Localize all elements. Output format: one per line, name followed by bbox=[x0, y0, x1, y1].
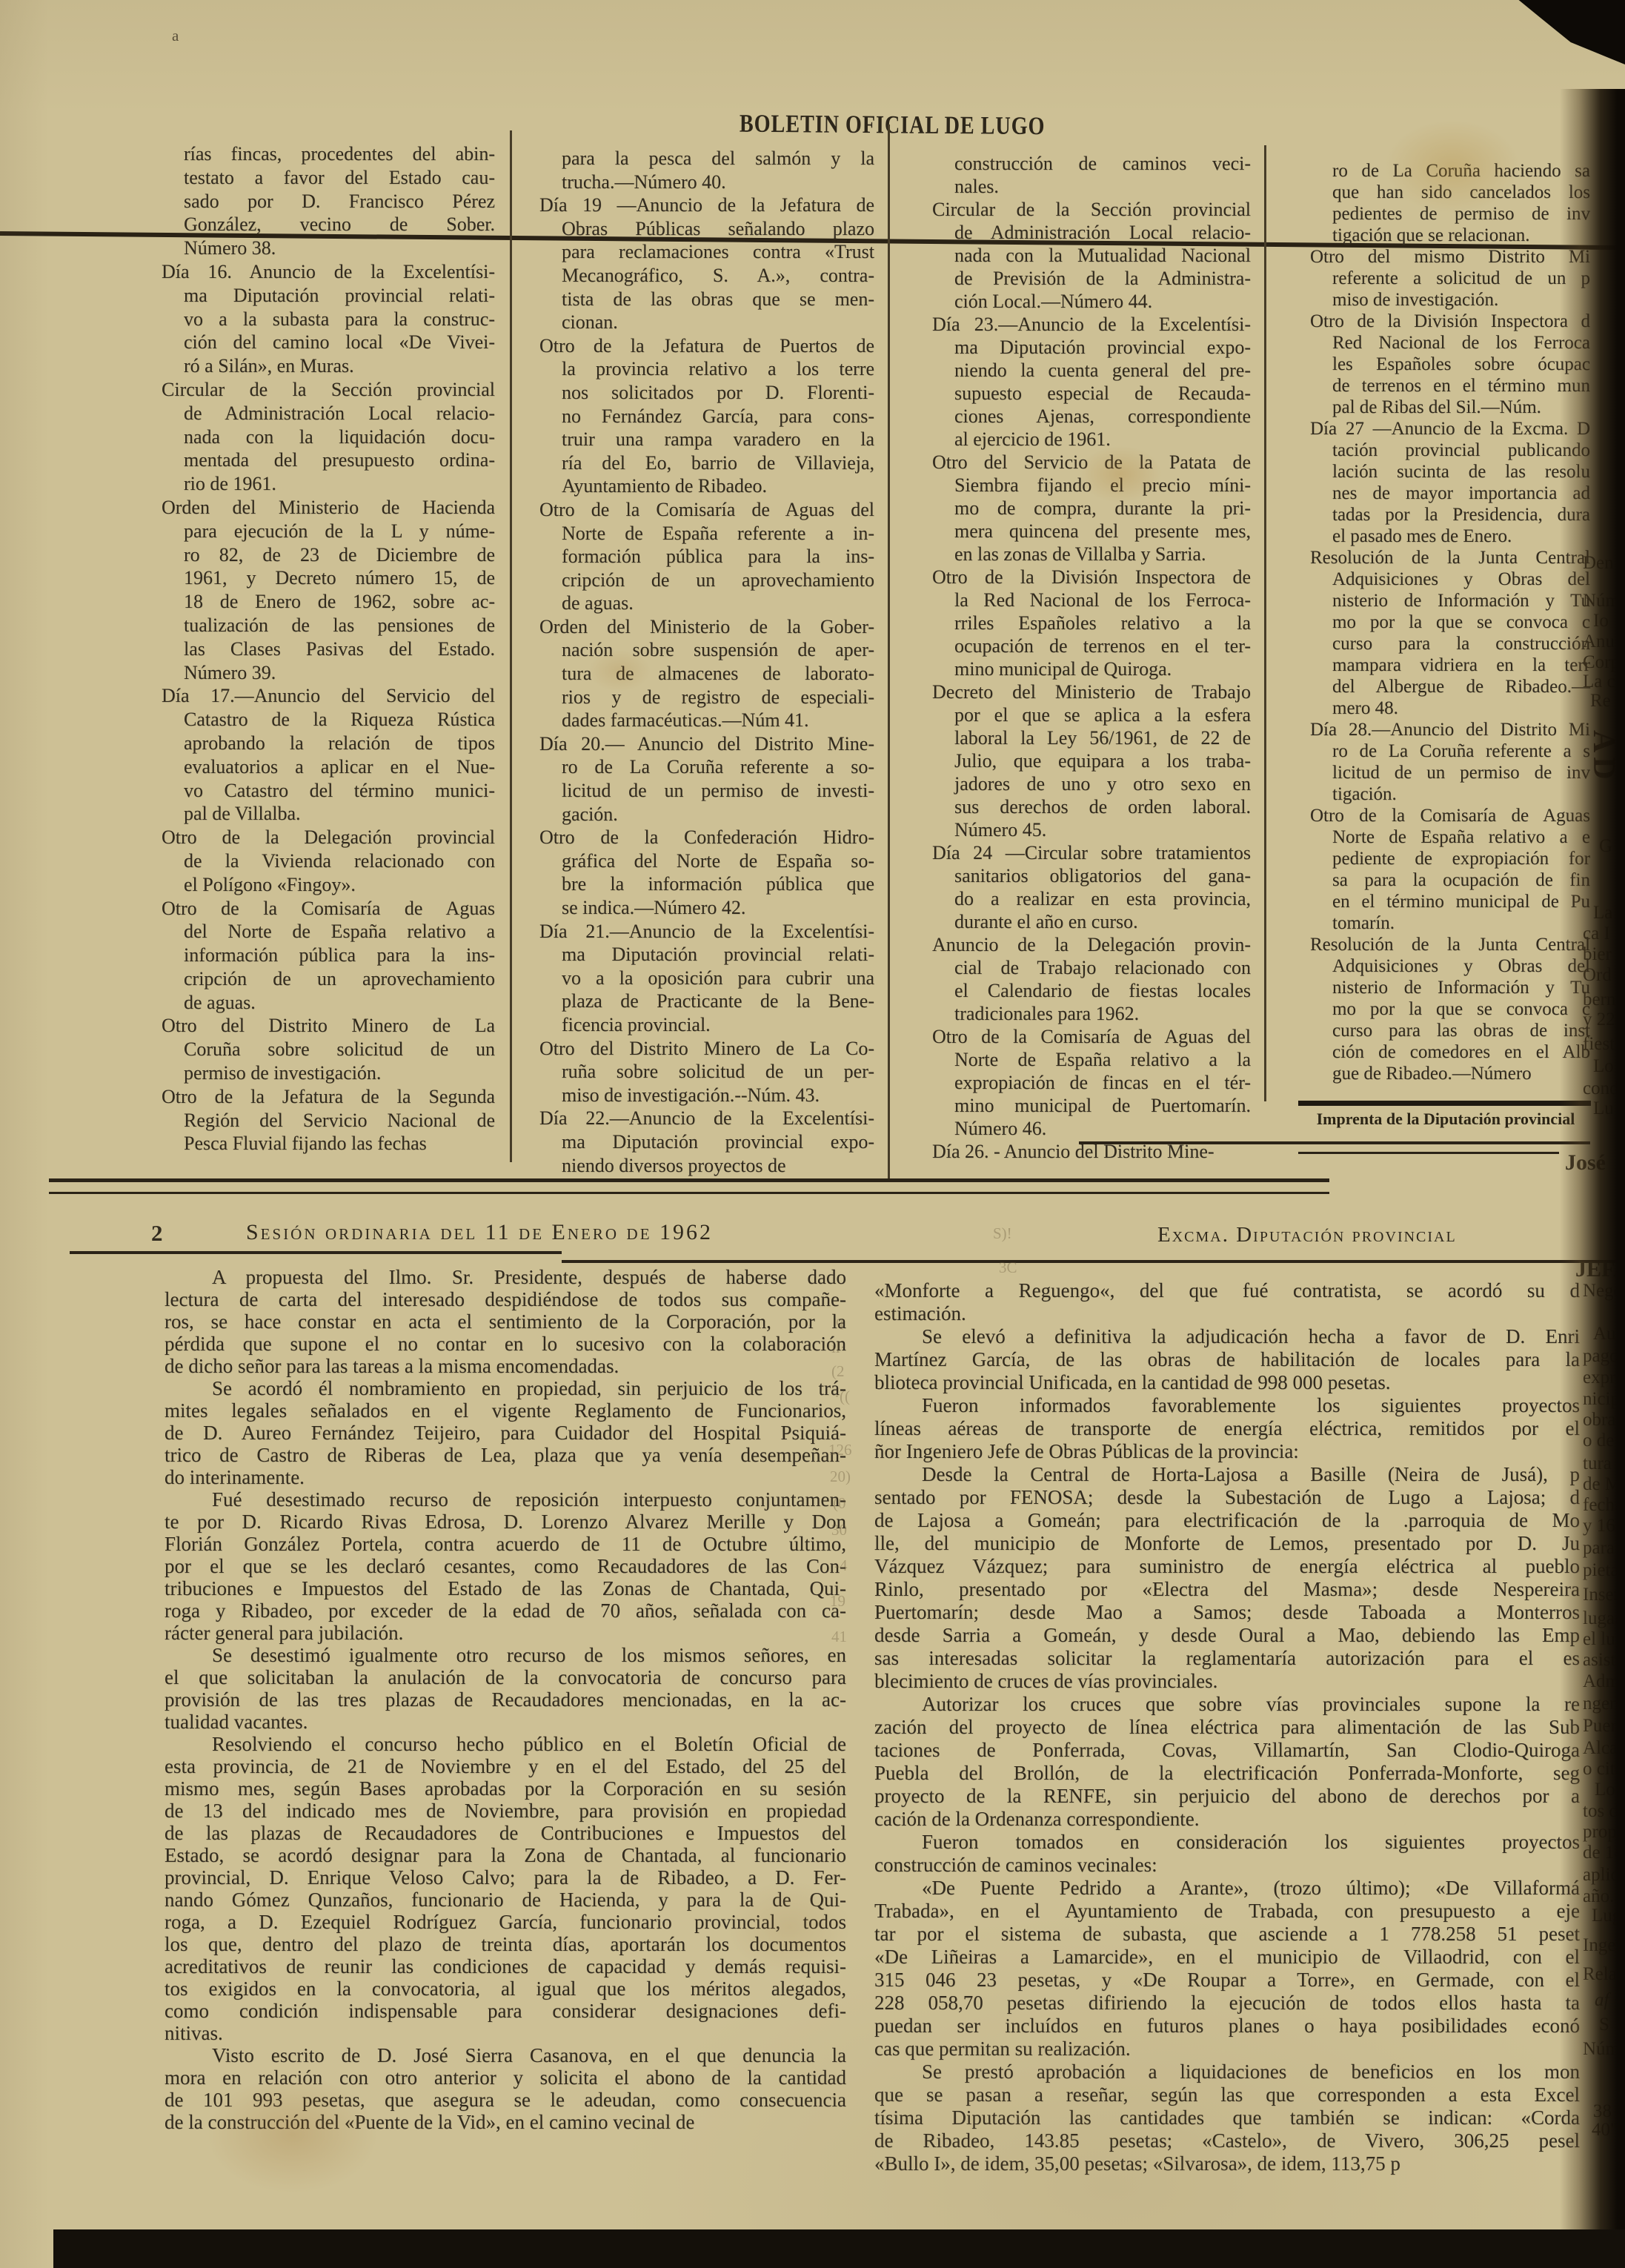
text-line: la provincia relativo a los terre bbox=[539, 357, 874, 381]
text-line: estimación. bbox=[874, 1302, 1580, 1325]
text-line: ma Diputación provincial expo- bbox=[932, 336, 1251, 359]
text-line: ma Diputación provincial relati- bbox=[539, 943, 874, 966]
text-entry: rías fincas, procedentes del abin-testat… bbox=[162, 142, 495, 260]
column-divider-1 bbox=[510, 130, 512, 1162]
text-line: pal de Villalba. bbox=[162, 802, 495, 826]
text-line: roga y Ribadeo, por exceder de la edad d… bbox=[165, 1599, 846, 1622]
text-entry: Anuncio de la Delegación provin-cial de … bbox=[932, 933, 1251, 1025]
text-line: Julio, que equipara a los traba- bbox=[932, 749, 1251, 772]
text-line: de Administración Local relacio- bbox=[932, 221, 1251, 244]
printer-imprint: Imprenta de la Diputación provincial bbox=[1300, 1110, 1591, 1129]
text-line: tigación. bbox=[1310, 783, 1590, 805]
text-line: Día 27 —Anuncio de la Excma. D bbox=[1310, 418, 1590, 440]
text-line: Se elevó a definitiva la adjudicación he… bbox=[874, 1325, 1580, 1348]
text-entry: «Monforte a Reguengo«, del que fué contr… bbox=[874, 1279, 1580, 1325]
text-line: Día 28.—Anuncio del Distrito Mi bbox=[1310, 719, 1590, 740]
text-line: A propuesta del Ilmo. Sr. Presidente, de… bbox=[165, 1266, 846, 1288]
text-line: mora en relación con otro anterior y sol… bbox=[165, 2066, 846, 2089]
text-line: provincial, D. Enrique Veloso Calvo; par… bbox=[165, 1866, 846, 1889]
text-entry: Día 28.—Anuncio del Distrito Miro de La … bbox=[1310, 719, 1590, 805]
text-entry: Otro de la Comisaría de Aguasdel Norte d… bbox=[162, 897, 495, 1015]
text-line: ro de La Coruña referente a so- bbox=[539, 755, 874, 779]
text-line: rios y de registro de especiali- bbox=[539, 686, 874, 709]
text-line: Resolución de la Junta Central bbox=[1310, 934, 1590, 955]
text-line: Fué desestimado recurso de reposición in… bbox=[165, 1488, 846, 1511]
text-line: de D. Aureo Fernández Teijeiro, para Cui… bbox=[165, 1422, 846, 1444]
text-line: niendo la cuenta general del pre- bbox=[932, 359, 1251, 382]
text-entry: Otro del Distrito Minero de La Co-ruña s… bbox=[539, 1037, 874, 1107]
text-line: gación. bbox=[539, 803, 874, 826]
text-line: ruña sobre solicitud de un per- bbox=[539, 1060, 874, 1084]
minutes-left-column: A propuesta del Ilmo. Sr. Presidente, de… bbox=[165, 1266, 846, 2133]
text-line: blecimiento de cruces de vías provincial… bbox=[874, 1670, 1580, 1693]
text-line: cripción de un aprovechamiento bbox=[162, 967, 495, 991]
text-line: Mecanográfico, S. A.», contra- bbox=[539, 264, 874, 288]
text-line: cación de la Ordenanza correspondiente. bbox=[874, 1808, 1580, 1831]
text-entry: Autorizar los cruces que sobre vías prov… bbox=[874, 1693, 1580, 1831]
text-line: Día 24 —Circular sobre tratamientos bbox=[932, 841, 1251, 864]
section-double-rule-top bbox=[49, 1178, 1329, 1182]
summary-column-2: para la pesca del salmón y latrucha.—Núm… bbox=[539, 147, 874, 1177]
text-line: Otro de la Confederación Hidro- bbox=[539, 826, 874, 849]
text-line: mino municipal de Puertomarín. bbox=[932, 1094, 1251, 1117]
bottom-scan-band bbox=[53, 2229, 1625, 2268]
text-entry: Otro del Distrito Minero de LaCoruña sob… bbox=[162, 1014, 495, 1084]
text-line: desde Sarria a Gomeán, y desde Oural a M… bbox=[874, 1624, 1580, 1647]
session-heading-rule-left bbox=[70, 1251, 562, 1254]
text-entry: Día 27 —Anuncio de la Excma. Dtación pro… bbox=[1310, 418, 1590, 547]
text-line: Autorizar los cruces que sobre vías prov… bbox=[874, 1693, 1580, 1716]
ghost-mark: il· bbox=[831, 1339, 845, 1357]
text-entry: Orden del Ministerio de la Gober-nación … bbox=[539, 615, 874, 732]
text-entry: Otro de la Comisaría de AguasNorte de Es… bbox=[1310, 805, 1590, 934]
text-line: evaluatorios a aplicar en el Nue- bbox=[162, 755, 495, 779]
text-line: en las zonas de Villalba y Sarria. bbox=[932, 543, 1251, 566]
text-line: Desde la Central de Horta-Lajosa a Basil… bbox=[874, 1463, 1580, 1486]
text-line: nos solicitados por D. Florenti- bbox=[539, 381, 874, 405]
text-line: les Españoles sobre ócupac bbox=[1310, 354, 1590, 375]
text-line: de dicho señor para las tareas a la mism… bbox=[165, 1355, 846, 1377]
text-line: 315 046 23 pesetas, y «De Roupar a Torre… bbox=[874, 1969, 1580, 1992]
text-line: ciones Ajenas, correspondiente bbox=[932, 405, 1251, 428]
text-line: de la construcción del «Puente de la Vid… bbox=[165, 2111, 846, 2133]
text-line: miso de investigación.--Núm. 43. bbox=[539, 1084, 874, 1107]
text-line: Rinlo, presentado por «Electra del Masma… bbox=[874, 1578, 1580, 1601]
text-entry: Circular de la Sección provincialde Admi… bbox=[162, 378, 495, 496]
text-line: Día 23.—Anuncio de la Excelentísi- bbox=[932, 313, 1251, 336]
text-line: Siembra fijando el precio míni- bbox=[932, 474, 1251, 497]
text-line: nación sobre suspensión de aper- bbox=[539, 638, 874, 662]
text-entry: Día 20.— Anuncio del Distrito Mine-ro de… bbox=[539, 732, 874, 826]
text-entry: Se elevó a definitiva la adjudicación he… bbox=[874, 1325, 1580, 1394]
text-line: Número 46. bbox=[932, 1117, 1251, 1140]
text-line: gue de Ribadeo.—Número bbox=[1310, 1063, 1590, 1084]
text-line: González, vecino de Sober. bbox=[162, 213, 495, 236]
text-line: al ejercicio de 1961. bbox=[932, 428, 1251, 451]
minutes-right-column: «Monforte a Reguengo«, del que fué contr… bbox=[874, 1279, 1580, 2175]
ghost-mark: 19 bbox=[830, 1592, 845, 1611]
ghost-mark: 3C bbox=[999, 1259, 1017, 1277]
text-line: cionan. bbox=[539, 311, 874, 334]
ghost-mark: a bbox=[172, 27, 179, 45]
text-line: construcción de caminos veci- bbox=[932, 152, 1251, 175]
text-line: Resolviendo el concurso hecho público en… bbox=[165, 1733, 846, 1755]
text-line: nada con la Mutualidad Nacional bbox=[932, 244, 1251, 267]
text-entry: Otro del Servicio de la Patata deSiembra… bbox=[932, 451, 1251, 566]
ghost-mark: 41 bbox=[831, 1628, 847, 1646]
text-line: formación pública para la ins- bbox=[539, 545, 874, 568]
text-line: que han sido cancelados los bbox=[1310, 182, 1590, 203]
text-line: información pública para la ins- bbox=[162, 944, 495, 967]
text-line: Norte de España relativo a la bbox=[932, 1048, 1251, 1071]
text-line: ma Diputación provincial expo- bbox=[539, 1130, 874, 1154]
text-line: la Red Nacional de los Ferroca- bbox=[932, 588, 1251, 611]
text-line: no Fernández García, para cons- bbox=[539, 405, 874, 428]
text-line: rio de 1961. bbox=[162, 472, 495, 496]
text-line: acreditativos de reunir las condiciones … bbox=[165, 1955, 846, 1977]
text-line: gráfica del Norte de España so- bbox=[539, 849, 874, 873]
text-line: cial de Trabajo relacionado con bbox=[932, 956, 1251, 979]
colophon-double-rule-top bbox=[1079, 1141, 1590, 1144]
text-line: tura de almacenes de laborato- bbox=[539, 662, 874, 686]
text-entry: para la pesca del salmón y latrucha.—Núm… bbox=[539, 147, 874, 193]
text-entry: construcción de caminos veci-nales. bbox=[932, 152, 1251, 198]
text-line: Día 21.—Anuncio de la Excelentísi- bbox=[539, 920, 874, 944]
text-entry: Otro de la División Inspectora dRed Naci… bbox=[1310, 311, 1590, 418]
text-line: Se desestimó igualmente otro recurso de … bbox=[165, 1644, 846, 1666]
text-line: curso para las obras de inst bbox=[1310, 1020, 1590, 1041]
text-line: de Administración Local relacio- bbox=[162, 402, 495, 425]
text-line: ró a Silán», en Muras. bbox=[162, 354, 495, 378]
text-line: para reclamaciones contra «Trust bbox=[539, 240, 874, 264]
text-line: tadas por la Presidencia, dura bbox=[1310, 504, 1590, 525]
text-line: ro 82, de 23 de Diciembre de bbox=[162, 543, 495, 567]
text-entry: Otro de la Comisaría de Aguas delNorte d… bbox=[539, 498, 874, 615]
text-line: Coruña sobre solicitud de un bbox=[162, 1038, 495, 1061]
text-line: el Polígono «Fingoy». bbox=[162, 873, 495, 897]
text-line: Otro de la Comisaría de Aguas bbox=[1310, 805, 1590, 826]
text-line: Otro del mismo Distrito Mi bbox=[1310, 246, 1590, 268]
text-line: cripción de un aprovechamiento bbox=[539, 568, 874, 592]
text-line: mites legales señalados en el vigente Re… bbox=[165, 1399, 846, 1422]
text-entry: Resolviendo el concurso hecho público en… bbox=[165, 1733, 846, 2044]
text-line: del Norte de España relativo a bbox=[162, 920, 495, 944]
text-line: durante el año en curso. bbox=[932, 910, 1251, 933]
text-line: de aguas. bbox=[162, 991, 495, 1015]
text-line: Se acordó él nombramiento en propiedad, … bbox=[165, 1377, 846, 1399]
text-line: Puertomarín; desde Mao a Samos; desde Ta… bbox=[874, 1601, 1580, 1624]
text-entry: Se prestó aprobación a liquidaciones de … bbox=[874, 2060, 1580, 2175]
text-line: sanitarios obligatorios del gana- bbox=[932, 864, 1251, 887]
text-line: esta provincia, de 21 de Noviembre y en … bbox=[165, 1755, 846, 1777]
text-line: Otro del Distrito Minero de La Co- bbox=[539, 1037, 874, 1061]
text-line: Norte de España referente a in- bbox=[539, 522, 874, 546]
text-line: de Ribadeo, 143.85 pesetas; «Castelo», d… bbox=[874, 2129, 1580, 2152]
text-line: zación del proyecto de línea eléctrica p… bbox=[874, 1716, 1580, 1739]
text-entry: Decreto del Ministerio de Trabajopor el … bbox=[932, 680, 1251, 841]
text-entry: Otro de la División Inspectora dela Red … bbox=[932, 566, 1251, 680]
text-line: sado por D. Francisco Pérez bbox=[162, 190, 495, 213]
column-divider-3 bbox=[1264, 145, 1266, 1101]
text-line: Fueron informados favorablemente los sig… bbox=[874, 1394, 1580, 1417]
text-line: sa para la ocupación de fin bbox=[1310, 869, 1590, 891]
text-line: Día 17.—Anuncio del Servicio del bbox=[162, 684, 495, 708]
text-entry: Otro de la Comisaría de Aguas delNorte d… bbox=[932, 1025, 1251, 1140]
text-line: nitivas. bbox=[165, 2022, 846, 2044]
text-line: rriles Españoles relativo a la bbox=[932, 611, 1251, 634]
book-gutter-shadow bbox=[1560, 89, 1625, 2268]
text-line: vo a la subasta para la construc- bbox=[162, 308, 495, 331]
text-line: mino municipal de Quiroga. bbox=[932, 657, 1251, 680]
text-line: Decreto del Ministerio de Trabajo bbox=[932, 680, 1251, 703]
text-line: roga, a D. Ezequiel Rodríguez García, fu… bbox=[165, 1911, 846, 1933]
text-line: el pasado mes de Enero. bbox=[1310, 525, 1590, 547]
text-line: proyecto de la RENFE, sin perjuicio del … bbox=[874, 1785, 1580, 1808]
page-number: 2 bbox=[151, 1220, 163, 1247]
text-line: cas que permitan su realización. bbox=[874, 2037, 1580, 2060]
text-line: ocupación de terrenos en el ter- bbox=[932, 634, 1251, 657]
colophon-double-rule-bottom bbox=[1298, 1152, 1559, 1154]
text-line: referente a solicitud de un p bbox=[1310, 268, 1590, 289]
text-line: Día 22.—Anuncio de la Excelentísi- bbox=[539, 1107, 874, 1130]
text-line: mo de compra, durante la pri- bbox=[932, 497, 1251, 520]
text-line: de Lajosa a Gomeán; para electrificación… bbox=[874, 1509, 1580, 1532]
colophon-rule bbox=[1298, 1101, 1591, 1106]
text-line: do interinamente. bbox=[165, 1466, 846, 1488]
text-line: tribuciones e Impuestos del Estado de la… bbox=[165, 1577, 846, 1599]
text-line: de las plazas de Recaudadores de Contrib… bbox=[165, 1822, 846, 1844]
text-line: mero 48. bbox=[1310, 697, 1590, 719]
text-line: de 101 993 pesetas, que asegura se le ad… bbox=[165, 2089, 846, 2111]
text-line: del Albergue de Ribadeo.— bbox=[1310, 676, 1590, 697]
text-line: nales. bbox=[932, 175, 1251, 198]
text-line: nes de mayor importancia ad bbox=[1310, 483, 1590, 504]
text-line: provisión de las tres plazas de Recaudad… bbox=[165, 1688, 846, 1711]
text-line: Otro de la Delegación provincial bbox=[162, 826, 495, 849]
text-line: mera quincena del presente mes, bbox=[932, 520, 1251, 543]
text-line: de aguas. bbox=[539, 591, 874, 615]
text-line: Fueron tomados en consideración los sigu… bbox=[874, 1831, 1580, 1854]
text-line: el que solicitaban la anulación de la co… bbox=[165, 1666, 846, 1688]
text-line: miso de investigación. bbox=[1310, 289, 1590, 311]
text-line: laboral la Ley 56/1961, de 22 de bbox=[932, 726, 1251, 749]
summary-column-1: rías fincas, procedentes del abin-testat… bbox=[162, 142, 495, 1155]
text-line: mentada del presupuesto ordina- bbox=[162, 448, 495, 472]
text-line: de la Vivienda relacionado con bbox=[162, 849, 495, 873]
text-entry: Otro de la Confederación Hidro-gráfica d… bbox=[539, 826, 874, 919]
text-line: construcción de caminos vecinales: bbox=[874, 1854, 1580, 1877]
text-line: se indica.—Número 42. bbox=[539, 896, 874, 920]
text-line: Otro de la Comisaría de Aguas del bbox=[539, 498, 874, 522]
text-line: nada con la liquidación docu- bbox=[162, 425, 495, 449]
ghost-mark: 20) bbox=[830, 1468, 851, 1486]
text-line: Orden del Ministerio de la Gober- bbox=[539, 615, 874, 639]
text-line: Otro de la Jefatura de la Segunda bbox=[162, 1085, 495, 1109]
text-line: como condición indispensable para consid… bbox=[165, 2000, 846, 2022]
text-line: nisterio de Información y Tu bbox=[1310, 590, 1590, 611]
text-line: ros, se hace constar en acta el sentimie… bbox=[165, 1310, 846, 1333]
text-line: en el término municipal de Pu bbox=[1310, 891, 1590, 912]
ghost-mark: -4 bbox=[834, 1556, 848, 1575]
text-line: Otro de la Jefatura de Puertos de bbox=[539, 334, 874, 358]
text-line: para ejecución de la L y núme- bbox=[162, 520, 495, 543]
text-line: «Monforte a Reguengo«, del que fué contr… bbox=[874, 1279, 1580, 1302]
text-line: vo a la oposición para cubrir una bbox=[539, 966, 874, 990]
text-line: 18 de Enero de 1962, sobre ac- bbox=[162, 590, 495, 614]
text-line: tualización de las pensiones de bbox=[162, 614, 495, 637]
scanned-bulletin-page: { "masthead": { "title": "BOLETIN OFICIA… bbox=[0, 0, 1625, 2268]
text-line: Norte de España relativo a e bbox=[1310, 826, 1590, 848]
text-line: Obras Públicas señalando plazo bbox=[539, 217, 874, 241]
text-line: 228 058,70 pesetas difiriendo la ejecuci… bbox=[874, 1992, 1580, 2015]
summary-column-3: construcción de caminos veci-nales.Circu… bbox=[932, 152, 1251, 1163]
text-line: tista de las obras que se men- bbox=[539, 288, 874, 311]
text-entry: Se desestimó igualmente otro recurso de … bbox=[165, 1644, 846, 1733]
text-line: lectura de carta del interesado despidié… bbox=[165, 1288, 846, 1310]
text-line: supuesto especial de Recauda- bbox=[932, 382, 1251, 405]
text-line: te por D. Ricardo Rivas Edrosa, D. Loren… bbox=[165, 1511, 846, 1533]
text-line: truir una rampa varadero en la bbox=[539, 428, 874, 451]
text-line: Número 45. bbox=[932, 818, 1251, 841]
text-line: blioteca provincial Unificada, en la can… bbox=[874, 1371, 1580, 1394]
ghost-mark: q bbox=[836, 1312, 844, 1330]
text-entry: Otro de la Jefatura de la SegundaRegión … bbox=[162, 1085, 495, 1155]
text-line: Catastro de la Riqueza Rústica bbox=[162, 708, 495, 732]
text-entry: Orden del Ministerio de Haciendapara eje… bbox=[162, 496, 495, 684]
text-line: ro de La Coruña referente a s bbox=[1310, 740, 1590, 762]
summary-column-4: ro de La Coruña haciendo saque han sido … bbox=[1310, 160, 1590, 1084]
text-line: de Previsión de la Administra- bbox=[932, 267, 1251, 290]
text-line: ñor Ingeniero Jefe de Obras Públicas de … bbox=[874, 1440, 1580, 1463]
section-double-rule-bottom bbox=[49, 1192, 1329, 1194]
text-line: tos exigidos en la convocatoria, al igua… bbox=[165, 1977, 846, 2000]
text-line: «De Puente Pedrido a Arante», (trozo últ… bbox=[874, 1877, 1580, 1900]
text-line: líneas aéreas de transporte de energía e… bbox=[874, 1417, 1580, 1440]
text-line: tar por el sistema de subasta, que ascie… bbox=[874, 1923, 1580, 1946]
text-line: pediente de expropiación for bbox=[1310, 848, 1590, 869]
text-line: ro de La Coruña haciendo sa bbox=[1310, 160, 1590, 182]
text-line: testato a favor del Estado cau- bbox=[162, 166, 495, 190]
text-line: sas interesadas solicitar la reglamentar… bbox=[874, 1647, 1580, 1670]
text-line: licitud de un permiso de inv bbox=[1310, 762, 1590, 783]
text-line: «De Liñeiras a Lamarcide», en el municip… bbox=[874, 1946, 1580, 1969]
ghost-mark: 30 bbox=[831, 1521, 847, 1539]
text-line: puedan ser incluídos en futuros planes o… bbox=[874, 2015, 1580, 2037]
text-line: nando Gómez Qunzaños, funcionario de Hac… bbox=[165, 1889, 846, 1911]
text-line: Anuncio de la Delegación provin- bbox=[932, 933, 1251, 956]
column-divider-2 bbox=[888, 125, 890, 1180]
text-line: mampara vidriera en la terr bbox=[1310, 654, 1590, 676]
text-line: Otro del Servicio de la Patata de bbox=[932, 451, 1251, 474]
text-entry: Otro de la Jefatura de Puertos dela prov… bbox=[539, 334, 874, 498]
text-line: jadores de uno y otro sexo en bbox=[932, 772, 1251, 795]
text-line: mo por la que se convoca c bbox=[1310, 998, 1590, 1020]
text-line: Martínez García, de las obras de habilit… bbox=[874, 1348, 1580, 1371]
text-line: trico de Castro de Riberas de Lea, plaza… bbox=[165, 1444, 846, 1466]
text-line: Trabada», en el Ayuntamiento de Trabada,… bbox=[874, 1900, 1580, 1923]
text-line: ción del camino local «De Vivei- bbox=[162, 331, 495, 354]
session-heading-rule-right bbox=[562, 1260, 1624, 1263]
text-line: do a realizar en esta provincia, bbox=[932, 887, 1251, 910]
text-line: aprobando la relación de tipos bbox=[162, 732, 495, 755]
text-entry: Día 21.—Anuncio de la Excelentísi-ma Dip… bbox=[539, 920, 874, 1037]
text-line: tualidad vacantes. bbox=[165, 1711, 846, 1733]
text-line: ción Local.—Número 44. bbox=[932, 290, 1251, 313]
text-line: Orden del Ministerio de Hacienda bbox=[162, 496, 495, 520]
text-entry: Circular de la Sección provincialde Admi… bbox=[932, 198, 1251, 313]
text-line: Otro del Distrito Minero de La bbox=[162, 1014, 495, 1038]
text-line: vo Catastro del término munici- bbox=[162, 779, 495, 803]
text-line: taciones de Ponferrada, Covas, Villamart… bbox=[874, 1739, 1580, 1762]
text-line: por el que se aplica a la esfera bbox=[932, 703, 1251, 726]
text-line: ficencia provincial. bbox=[539, 1013, 874, 1037]
text-line: tradicionales para 1962. bbox=[932, 1002, 1251, 1025]
text-line: ma Diputación provincial relati- bbox=[162, 284, 495, 308]
text-line: que se pasan a reseñar, según las que co… bbox=[874, 2083, 1580, 2106]
text-line: trucha.—Número 40. bbox=[539, 170, 874, 194]
text-entry: Visto escrito de D. José Sierra Casanova… bbox=[165, 2044, 846, 2133]
text-line: pal de Ribas del Sil.—Núm. bbox=[1310, 397, 1590, 418]
text-line: mo por la que se convoca c bbox=[1310, 611, 1590, 633]
text-entry: Fueron tomados en consideración los sigu… bbox=[874, 1831, 1580, 1877]
text-line: de terrenos en el término mun bbox=[1310, 375, 1590, 397]
text-line: Día 16. Anuncio de la Excelentísi- bbox=[162, 260, 495, 284]
text-line: Resolución de la Junta Central bbox=[1310, 547, 1590, 568]
text-line: Otro de la Comisaría de Aguas del bbox=[932, 1025, 1251, 1048]
text-line: Región del Servicio Nacional de bbox=[162, 1109, 495, 1133]
text-line: pedientes de permiso de inv bbox=[1310, 203, 1590, 225]
ghost-mark: S)! bbox=[993, 1224, 1012, 1243]
text-line: Número 39. bbox=[162, 661, 495, 685]
text-line: los que, dentro del plazo de treinta día… bbox=[165, 1933, 846, 1955]
text-line: Día 19 —Anuncio de la Jefatura de bbox=[539, 193, 874, 217]
text-line: Estado, se acordó designar para la Zona … bbox=[165, 1844, 846, 1866]
text-line: el Calendario de fiestas locales bbox=[932, 979, 1251, 1002]
text-entry: «De Puente Pedrido a Arante», (trozo últ… bbox=[874, 1877, 1580, 2060]
text-line: para la pesca del salmón y la bbox=[539, 147, 874, 170]
text-line: Visto escrito de D. José Sierra Casanova… bbox=[165, 2044, 846, 2066]
text-line: tación provincial publicando bbox=[1310, 440, 1590, 461]
text-line: lle, del municipio de Monforte de Lemos,… bbox=[874, 1532, 1580, 1555]
ghost-mark: (0 bbox=[833, 1494, 846, 1513]
text-line: Día 20.— Anuncio del Distrito Mine- bbox=[539, 732, 874, 756]
text-line: Número 38. bbox=[162, 236, 495, 260]
text-line: rácter general para jubilación. bbox=[165, 1622, 846, 1644]
text-line: plaza de Practicante de la Bene- bbox=[539, 989, 874, 1013]
text-entry: ro de La Coruña haciendo saque han sido … bbox=[1310, 160, 1590, 246]
text-line: Adquisiciones y Obras del bbox=[1310, 568, 1590, 590]
text-line: tísima Diputación las cantidades que tam… bbox=[874, 2106, 1580, 2129]
text-entry: Se acordó él nombramiento en propiedad, … bbox=[165, 1377, 846, 1488]
text-line: ción de comedores en el Alb bbox=[1310, 1041, 1590, 1063]
text-line: sentado por FENOSA; desde la Subestación… bbox=[874, 1486, 1580, 1509]
text-entry: Día 22.—Anuncio de la Excelentísi-ma Dip… bbox=[539, 1107, 874, 1177]
text-line: expropiación de fincas en el tér- bbox=[932, 1071, 1251, 1094]
text-line: Florián González Portela, contra acuerdo… bbox=[165, 1533, 846, 1555]
text-line: tomarín. bbox=[1310, 912, 1590, 934]
text-entry: Día 16. Anuncio de la Excelentísi-ma Dip… bbox=[162, 260, 495, 378]
text-line: Ayuntamiento de Ribadeo. bbox=[539, 474, 874, 498]
text-line: tigación que se relacionan. bbox=[1310, 225, 1590, 246]
text-line: mismo mes, según Bases aprobadas por la … bbox=[165, 1777, 846, 1800]
ghost-mark: (2 bbox=[831, 1362, 845, 1381]
text-entry: Día 17.—Anuncio del Servicio delCatastro… bbox=[162, 684, 495, 826]
text-line: Otro de la División Inspectora de bbox=[932, 566, 1251, 588]
text-line: Circular de la Sección provincial bbox=[932, 198, 1251, 221]
text-line: Puebla del Brollón, de la electrificació… bbox=[874, 1762, 1580, 1785]
text-line: «Bullo I», de idem, 35,00 pesetas; «Silv… bbox=[874, 2152, 1580, 2175]
text-line: rías fincas, procedentes del abin- bbox=[162, 142, 495, 166]
